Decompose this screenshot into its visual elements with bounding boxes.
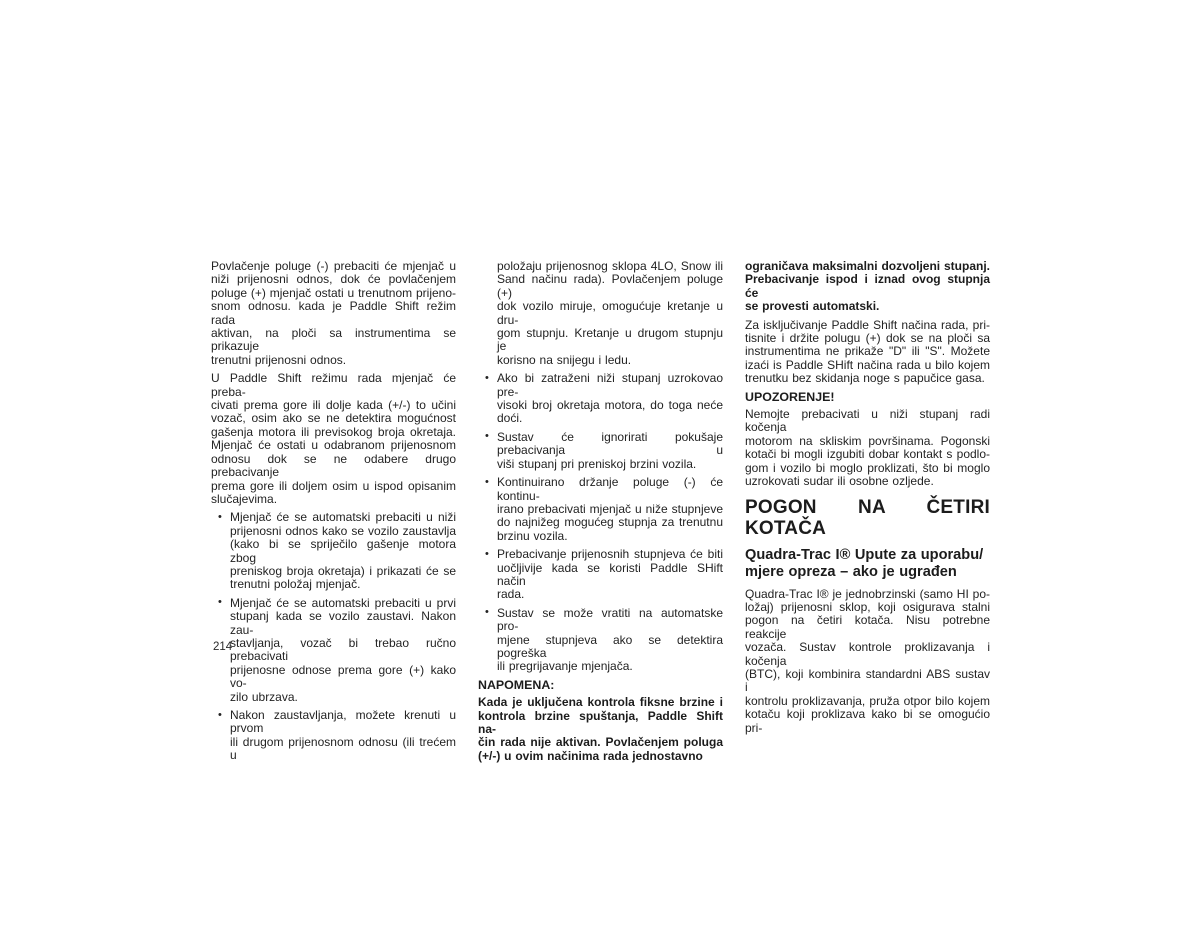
text-line: Povlačenje poluge (-) prebaciti će mjenj… xyxy=(211,260,456,273)
bullet-item: •Sustav će ignorirati pokušaje prebaciva… xyxy=(478,431,723,471)
text-line: izaći is Paddle SHift načina rada u bilo… xyxy=(745,359,990,372)
section-subheading: UPOZORENJE! xyxy=(745,391,990,404)
text-line: Prebacivanje ispod i iznad ovog stupnja … xyxy=(745,273,990,300)
text-line: trenutku bez skidanja noge s papučice ga… xyxy=(745,372,990,385)
bullet-icon: • xyxy=(485,548,489,561)
page-number: 214 xyxy=(213,641,232,653)
paragraph: U Paddle Shift režimu rada mjenjač će pr… xyxy=(211,372,456,506)
text-line: mjere opreza – ako je ugrađen xyxy=(745,564,990,582)
bold-paragraph: ograničava maksimalni dozvoljeni stupanj… xyxy=(745,260,990,314)
text-line: brzinu vozila. xyxy=(497,530,723,543)
text-line: vozač, osim ako se ne detektira mogućnos… xyxy=(211,412,456,425)
text-line: odnosu dok se ne odabere drugo prebaciva… xyxy=(211,453,456,480)
text-line: prijenosni odnos kako se vozilo zaustavl… xyxy=(230,525,456,538)
text-line: ograničava maksimalni dozvoljeni stupanj… xyxy=(745,260,990,273)
text-line: korisno na snijegu i ledu. xyxy=(497,354,723,367)
text-line: poluge (+) mjenjač ostati u trenutnom pr… xyxy=(211,287,456,300)
text-line: U Paddle Shift režimu rada mjenjač će pr… xyxy=(211,372,456,399)
text-line: doći. xyxy=(497,412,723,425)
section-subheading: NAPOMENA: xyxy=(478,679,723,692)
text-line: Nemojte prebacivati u niži stupanj radi … xyxy=(745,408,990,435)
text-line: Kontinuirano držanje poluge (-) će konti… xyxy=(497,476,723,503)
section-heading: POGON NA ČETIRI KOTAČA xyxy=(745,497,990,539)
bullet-item: •Kontinuirano držanje poluge (-) će kont… xyxy=(478,476,723,543)
text-line: tisnite i držite polugu (+) dok se na pl… xyxy=(745,332,990,345)
text-line: do najnižeg mogućeg stupnja za trenutnu xyxy=(497,516,723,529)
bullet-item: •Mjenjač će se automatski prebaciti u pr… xyxy=(211,597,456,704)
text-line: uzrokovati sudar ili osobne ozljede. xyxy=(745,475,990,488)
text-line: Sustav će ignorirati pokušaje prebacivan… xyxy=(497,431,723,458)
bold-paragraph: Kada je uključena kontrola fiksne brzine… xyxy=(478,696,723,763)
text-line: Nakon zaustavljanja, možete krenuti u pr… xyxy=(230,709,456,736)
bullet-icon: • xyxy=(218,596,222,609)
text-column-2: položaju prijenosnog sklopa 4LO, Snow il… xyxy=(478,260,723,768)
text-line: vozača. Sustav kontrole proklizavanja i … xyxy=(745,641,990,668)
text-line: (BTC), koji kombinira standardni ABS sus… xyxy=(745,668,990,695)
paragraph-continued: položaju prijenosnog sklopa 4LO, Snow il… xyxy=(478,260,723,367)
text-line: motorom na skliskim površinama. Pogonski xyxy=(745,435,990,448)
text-line: kontrolu proklizavanja, pruža otpor bilo… xyxy=(745,695,990,708)
text-line: Sustav se može vratiti na automatske pro… xyxy=(497,607,723,634)
text-line: ili drugom prijenosnom odnosu (ili treće… xyxy=(230,736,456,763)
topic-heading: Quadra-Trac I® Upute za uporabu/mjere op… xyxy=(745,547,990,582)
paragraph: Za isključivanje Paddle Shift načina rad… xyxy=(745,319,990,386)
text-line: NAPOMENA: xyxy=(478,679,723,692)
text-line: Quadra-Trac I® je jednobrzinski (samo HI… xyxy=(745,588,990,601)
text-line: (+/-) u ovim načinima rada jednostavno xyxy=(478,750,723,763)
bullet-item: •Nakon zaustavljanja, možete krenuti u p… xyxy=(211,709,456,763)
text-line: pogon na četiri kotača. Nisu potrebne re… xyxy=(745,614,990,641)
text-line: Mjenjač će ostati u odabranom prijenosno… xyxy=(211,439,456,452)
paragraph: Quadra-Trac I® je jednobrzinski (samo HI… xyxy=(745,588,990,735)
text-line: se provesti automatski. xyxy=(745,300,990,313)
bullet-icon: • xyxy=(218,511,222,524)
text-line: Kada je uključena kontrola fiksne brzine… xyxy=(478,696,723,709)
text-line: slučajevima. xyxy=(211,493,456,506)
paragraph: Povlačenje poluge (-) prebaciti će mjenj… xyxy=(211,260,456,367)
text-line: prijenosne odnose prema gore (+) kako vo… xyxy=(230,664,456,691)
bullet-icon: • xyxy=(485,606,489,619)
text-line: čin rada nije aktivan. Povlačenjem polug… xyxy=(478,736,723,749)
page-content: Povlačenje poluge (-) prebaciti će mjenj… xyxy=(211,260,990,768)
bullet-icon: • xyxy=(485,476,489,489)
text-line: Za isključivanje Paddle Shift načina rad… xyxy=(745,319,990,332)
text-line: stavljanja, vozač bi trebao ručno prebac… xyxy=(230,637,456,664)
text-line: visoki broj okretaja motora, do toga neć… xyxy=(497,399,723,412)
text-line: položaju prijenosnog sklopa 4LO, Snow il… xyxy=(497,260,723,273)
bullet-icon: • xyxy=(485,430,489,443)
text-line: prema gore ili doljem osim u ispod opisa… xyxy=(211,480,456,493)
text-line: instrumentima ne prikaže "D" ili "S". Mo… xyxy=(745,345,990,358)
text-line: mjene stupnjeva ako se detektira pogrešk… xyxy=(497,634,723,661)
bullet-item: •Sustav se može vratiti na automatske pr… xyxy=(478,607,723,674)
text-line: uočljivije kada se koristi Paddle SHift … xyxy=(497,562,723,589)
text-line: gom stupnju. Kretanje u drugom stupnju j… xyxy=(497,327,723,354)
text-line: gom i vozilo bi moglo proklizati, što bi… xyxy=(745,462,990,475)
text-line: stupanj kada se vozilo zaustavi. Nakon z… xyxy=(230,610,456,637)
bullet-item: •Ako bi zatraženi niži stupanj uzrokovao… xyxy=(478,372,723,426)
text-column-1: Povlačenje poluge (-) prebaciti će mjenj… xyxy=(211,260,456,768)
text-line: Sand načinu rada). Povlačenjem poluge (+… xyxy=(497,273,723,300)
text-line: Prebacivanje prijenosnih stupnjeva će bi… xyxy=(497,548,723,561)
text-line: zilo ubrzava. xyxy=(230,691,456,704)
text-line: Quadra-Trac I® Upute za uporabu/ xyxy=(745,547,990,565)
text-line: civati prema gore ili dolje kada (+/-) t… xyxy=(211,399,456,412)
text-line: kontrola brzine spuštanja, Paddle Shift … xyxy=(478,710,723,737)
text-line: irano prebacivati mjenjač u niže stupnje… xyxy=(497,503,723,516)
text-line: viši stupanj pri preniskoj brzini vozila… xyxy=(497,458,723,471)
text-line: Mjenjač će se automatski prebaciti u niž… xyxy=(230,511,456,524)
paragraph: Nemojte prebacivati u niži stupanj radi … xyxy=(745,408,990,488)
manual-page: Povlačenje poluge (-) prebaciti će mjenj… xyxy=(0,0,1200,927)
text-line: trenutni položaj mjenjač. xyxy=(230,578,456,591)
text-line: rada. xyxy=(497,588,723,601)
text-line: snom odnosu. kada je Paddle Shift režim … xyxy=(211,300,456,327)
text-line: dok vozilo miruje, omogućuje kretanje u … xyxy=(497,300,723,327)
text-line: niži prijenosni odnos, dok će povlačenje… xyxy=(211,273,456,286)
bullet-icon: • xyxy=(218,709,222,722)
bullet-item: •Mjenjač će se automatski prebaciti u ni… xyxy=(211,511,456,591)
text-line: ili pregrijavanje mjenjača. xyxy=(497,660,723,673)
text-line: gašenja motora ili previsokog broja okre… xyxy=(211,426,456,439)
text-line: ložaj) prijenosni sklop, koji osigurava … xyxy=(745,601,990,614)
text-line: trenutni prijenosni odnos. xyxy=(211,354,456,367)
text-line: kotači bi mogli izgubiti dobar kontakt s… xyxy=(745,448,990,461)
text-line: preniskog broja okretaja) i prikazati će… xyxy=(230,565,456,578)
bullet-icon: • xyxy=(485,372,489,385)
text-line: Mjenjač će se automatski prebaciti u prv… xyxy=(230,597,456,610)
text-line: (kako bi se spriječilo gašenje motora zb… xyxy=(230,538,456,565)
text-line: UPOZORENJE! xyxy=(745,391,990,404)
bullet-item: •Prebacivanje prijenosnih stupnjeva će b… xyxy=(478,548,723,602)
text-line: POGON NA ČETIRI KOTAČA xyxy=(745,497,990,539)
text-line: Ako bi zatraženi niži stupanj uzrokovao … xyxy=(497,372,723,399)
text-line: kotaču koji proklizava kako bi se omoguć… xyxy=(745,708,990,735)
text-column-3: ograničava maksimalni dozvoljeni stupanj… xyxy=(745,260,990,740)
text-line: aktivan, na ploči sa instrumentima se pr… xyxy=(211,327,456,354)
